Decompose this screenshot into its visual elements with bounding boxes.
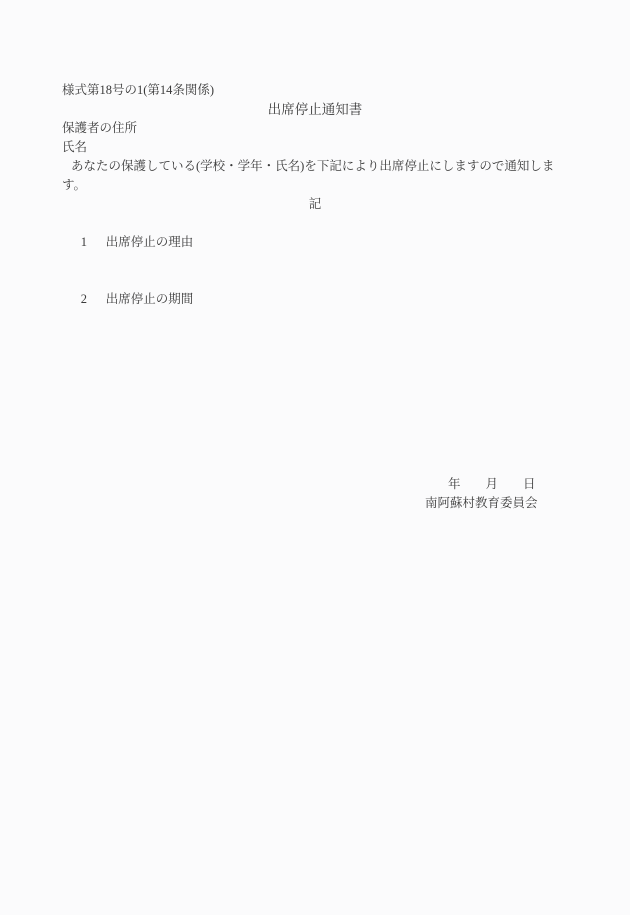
guardian-address-label: 保護者の住所 [62,119,568,138]
item-row-reason: 1出席停止の理由 [62,214,568,233]
item-label: 出席停止の期間 [106,292,194,306]
blank-line [62,252,568,271]
item-row-period: 2出席停止の期間 [62,271,568,290]
document-content: 様式第18号の1(第14条関係) 出席停止通知書 保護者の住所 氏名 あなたの保… [0,0,630,513]
date-line: 年 月 日 [62,475,568,494]
body-text-line-1: あなたの保護している(学校・学年・氏名)を下記により出席停止にしますので通知しま [62,157,568,176]
blank-space [62,290,568,475]
document-page: 様式第18号の1(第14条関係) 出席停止通知書 保護者の住所 氏名 あなたの保… [0,0,630,915]
item-label: 出席停止の理由 [106,235,194,249]
issuer-name: 南阿蘇村教育委員会 [62,494,568,513]
form-number: 様式第18号の1(第14条関係) [62,81,568,100]
item-number: 2 [81,290,106,309]
document-title: 出席停止通知書 [62,100,568,119]
record-marker: 記 [62,195,568,214]
name-label: 氏名 [62,138,568,157]
item-number: 1 [81,233,106,252]
body-text-line-2: す。 [62,176,568,195]
